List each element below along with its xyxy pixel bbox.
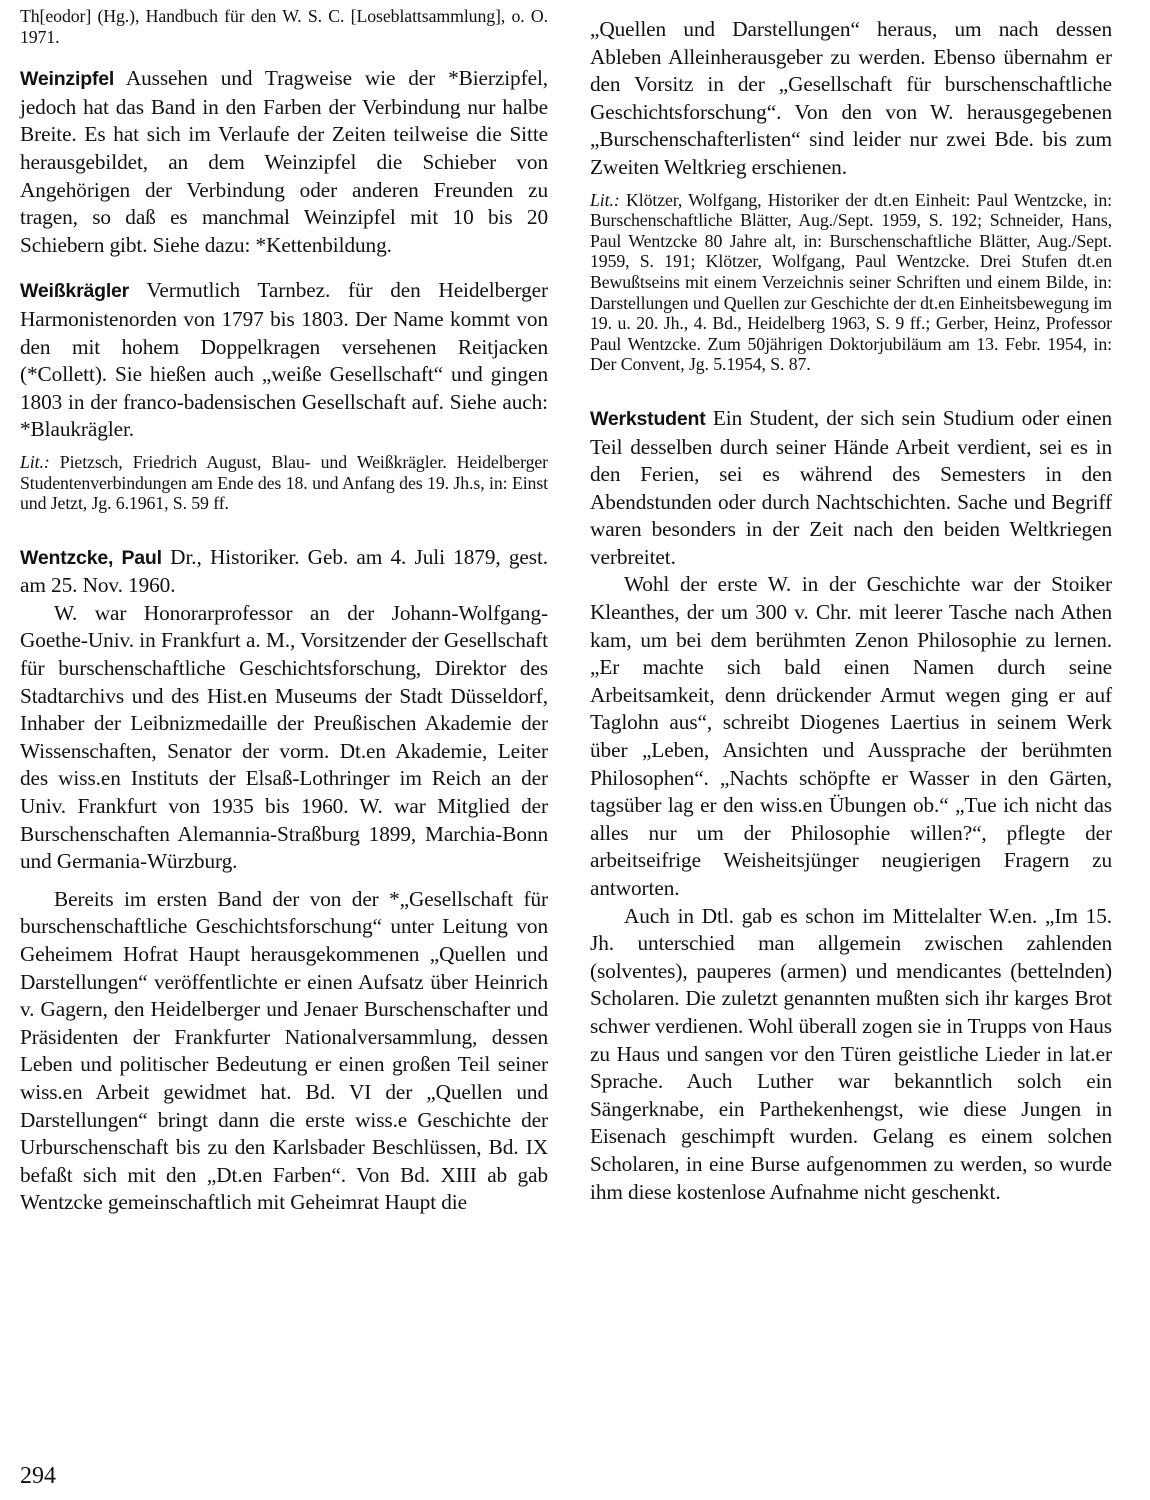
lit-text: Klötzer, Wolfgang, Historiker der dt.en …	[590, 190, 1112, 375]
paragraph: Auch in Dtl. gab es schon im Mittelalter…	[590, 903, 1112, 1207]
entry-body: Ein Student, der sich sein Studium oder …	[590, 406, 1112, 569]
entry-body: Vermutlich Tarnbez. für den Heidelberger…	[20, 278, 548, 441]
lit-text: Pietzsch, Friedrich August, Blau- und We…	[20, 452, 548, 513]
paragraph: Bereits im ersten Band der von der *„Ges…	[20, 886, 548, 1217]
lit-label: Lit.:	[590, 190, 620, 210]
entry-weisskraegler: Weißkrägler Vermutlich Tarnbez. für den …	[20, 277, 548, 513]
headword: Wentzcke, Paul	[20, 547, 162, 569]
paragraph: Wohl der erste W. in der Geschichte war …	[590, 571, 1112, 902]
headword: Weißkrägler	[20, 280, 129, 302]
headword: Werkstudent	[590, 408, 706, 430]
entry-wentzcke-paul: Wentzcke, Paul Dr., Historiker. Geb. am …	[20, 544, 548, 1217]
headword: Weinzipfel	[20, 68, 114, 90]
right-column: „Quellen und Darstellungen“ heraus, um n…	[590, 16, 1112, 1206]
continuation-text: Th[eodor] (Hg.), Handbuch für den W. S. …	[20, 6, 548, 47]
left-column: Th[eodor] (Hg.), Handbuch für den W. S. …	[20, 6, 548, 1217]
continuation-text: „Quellen und Darstellungen“ heraus, um n…	[590, 16, 1112, 182]
entry-werkstudent: Werkstudent Ein Student, der sich sein S…	[590, 405, 1112, 1206]
literature-reference: Lit.: Klötzer, Wolfgang, Historiker der …	[590, 190, 1112, 375]
page-number: 294	[20, 1462, 56, 1490]
entry-weinzipfel: Weinzipfel Aussehen und Tragweise wie de…	[20, 65, 548, 259]
entry-body: Aussehen und Tragweise wie der *Bierzipf…	[20, 66, 548, 257]
paragraph: W. war Honorarprofessor an der Johann-Wo…	[20, 600, 548, 876]
literature-reference: Lit.: Pietzsch, Friedrich August, Blau- …	[20, 452, 548, 514]
lit-label: Lit.:	[20, 452, 50, 472]
